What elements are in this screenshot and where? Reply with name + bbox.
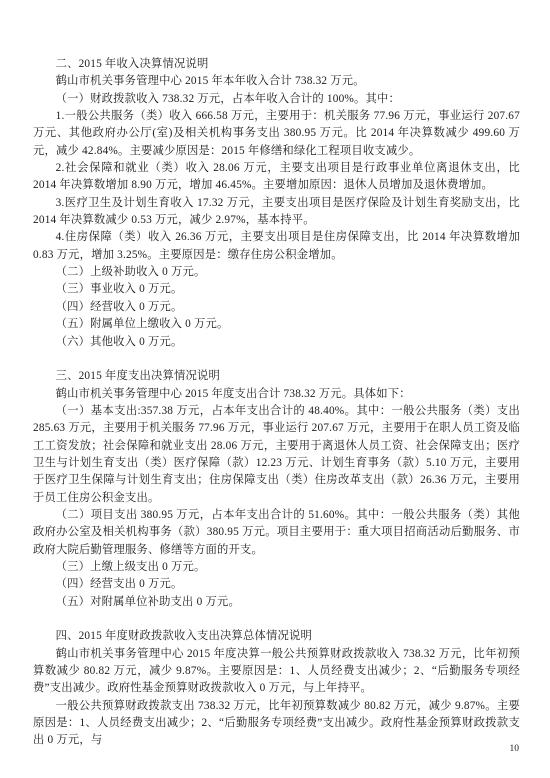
paragraph: （四）经营支出 0 万元。 [33,576,520,593]
paragraph: （二）项目支出 380.95 万元，占本年支出合计的 51.60%。其中：一般公… [33,507,520,559]
section-expenditure-2015: 三、2015 年度支出决算情况说明 鹤山市机关事务管理中心 2015 年度支出合… [33,368,520,611]
paragraph: 1.一般公共服务（类）收入 666.58 万元，主要用于：机关服务 77.96 … [33,108,520,160]
paragraph: （二）上级补助收入 0 万元。 [33,264,520,281]
paragraph: （一）财政拨款收入 738.32 万元，占本年收入合计的 100%。其中： [33,91,520,108]
paragraph: （六）其他收入 0 万元。 [33,334,520,351]
section-income-2015: 二、2015 年收入决算情况说明 鹤山市机关事务管理中心 2015 年本年收入合… [33,56,520,351]
section-fiscal-appropriation-overview: 四、2015 年度财政拨款收入支出决算总体情况说明 鹤山市机关事务管理中心 20… [33,628,520,749]
paragraph: 4.住房保障（类）收入 26.36 万元，主要支出项目是住房保障支出，比 201… [33,229,520,264]
section-heading: 二、2015 年收入决算情况说明 [33,56,520,73]
paragraph: 3.医疗卫生及计划生育收入 17.32 万元，主要支出项目是医疗保险及计划生育奖… [33,195,520,230]
paragraph: 鹤山市机关事务管理中心 2015 年度支出合计 738.32 万元。具体如下： [33,386,520,403]
paragraph: （四）经营收入 0 万元。 [33,299,520,316]
paragraph: 2.社会保障和就业（类）收入 28.06 万元，主要支出项目是行政事业单位离退休… [33,160,520,195]
paragraph: 一般公共预算财政拨款支出 738.32 万元，比年初预算数减少 80.82 万元… [33,698,520,750]
paragraph: 鹤山市机关事务管理中心 2015 年度决算一般公共预算财政拨款收入 738.32… [33,646,520,698]
paragraph: （三）上缴上级支出 0 万元。 [33,559,520,576]
paragraph: （五）对附属单位补助支出 0 万元。 [33,594,520,611]
paragraph: （三）事业收入 0 万元。 [33,281,520,298]
paragraph: （一）基本支出:357.38 万元，占本年支出合计的 48.40%。其中：一般公… [33,403,520,507]
paragraph: 鹤山市机关事务管理中心 2015 年本年收入合计 738.32 万元。 [33,73,520,90]
document-page: 二、2015 年收入决算情况说明 鹤山市机关事务管理中心 2015 年本年收入合… [0,0,550,778]
section-heading: 三、2015 年度支出决算情况说明 [33,368,520,385]
section-heading: 四、2015 年度财政拨款收入支出决算总体情况说明 [33,628,520,645]
paragraph: （五）附属单位上缴收入 0 万元。 [33,316,520,333]
page-number: 10 [510,743,520,755]
document-content: 二、2015 年收入决算情况说明 鹤山市机关事务管理中心 2015 年本年收入合… [33,56,520,750]
